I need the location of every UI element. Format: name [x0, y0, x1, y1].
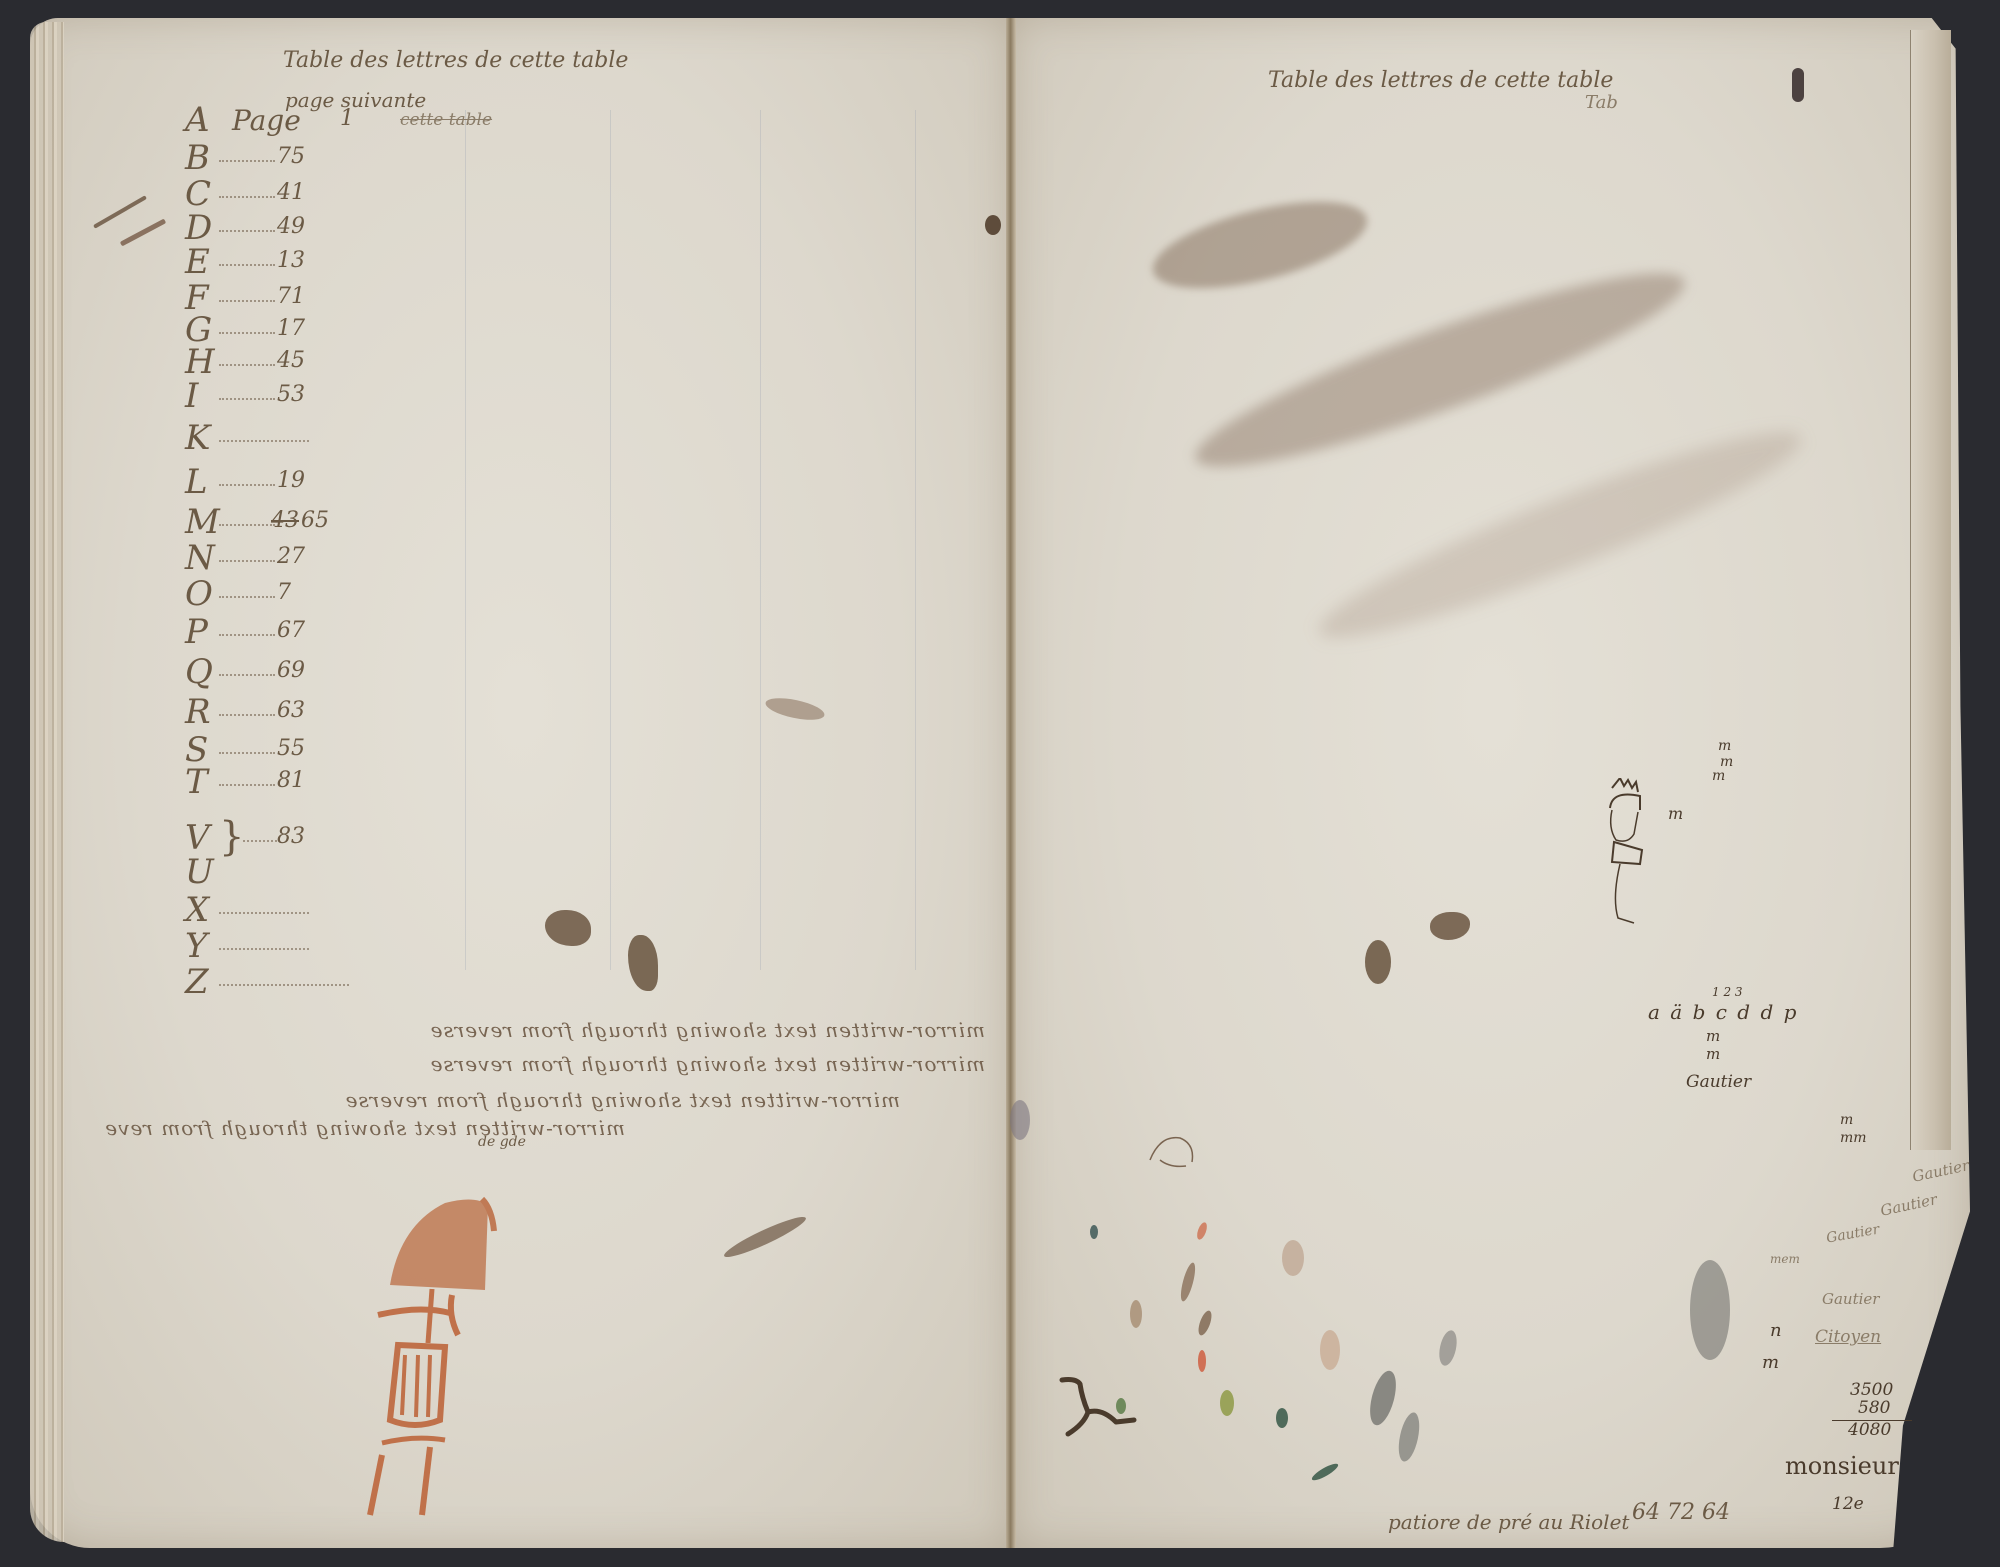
index-letter: P — [185, 612, 208, 652]
index-page-number: 17 — [277, 316, 305, 341]
bottom-line-text: patiore de pré au Riolet — [1388, 1510, 1629, 1534]
index-row-z: Z — [185, 962, 425, 1000]
index-row-u: U — [185, 852, 425, 890]
signature-gautier: Gautier — [1822, 1290, 1879, 1308]
index-page-number: 45 — [277, 348, 305, 373]
bottom-line-numbers: 64 72 64 — [1632, 1500, 1730, 1525]
leader-dots — [219, 984, 349, 986]
index-letter: E — [185, 242, 210, 282]
index-row-x: X — [185, 890, 425, 928]
index-row-m: M 43 65 — [185, 502, 425, 540]
leader-dots — [219, 364, 275, 366]
index-letter: I — [185, 376, 198, 416]
leader-dots — [219, 196, 275, 198]
ink-stain — [985, 215, 1001, 235]
binding-gutter — [1006, 18, 1016, 1548]
index-letter: T — [185, 762, 208, 802]
left-page — [30, 18, 1010, 1548]
red-chalk-figure-sketch-icon — [360, 1185, 520, 1545]
index-page-number: 67 — [277, 618, 305, 643]
index-letter: R — [185, 692, 211, 732]
ruled-line — [610, 110, 611, 970]
index-letter: Z — [185, 962, 209, 1002]
paint-dab-red — [1198, 1350, 1206, 1372]
index-page-number: 69 — [277, 658, 305, 683]
index-page-number: 65 — [301, 508, 329, 533]
scribble: n — [1770, 1320, 1782, 1341]
scribble: m — [1706, 1027, 1720, 1045]
citoyen-text: Citoyen — [1815, 1327, 1881, 1347]
leader-dots — [219, 160, 275, 162]
right-page-edge — [1910, 30, 1951, 1150]
index-page-number: 49 — [277, 214, 305, 239]
index-letter: Y — [185, 926, 207, 966]
index-row-y: Y — [185, 926, 425, 964]
scribble: m — [1712, 768, 1725, 784]
index-page-number: 19 — [277, 468, 305, 493]
paint-dab-olive — [1220, 1390, 1234, 1416]
leader-dots — [243, 840, 277, 842]
index-page-number: 7 — [277, 580, 291, 605]
paint-smudge-grey — [1690, 1260, 1730, 1360]
leader-dots — [219, 440, 309, 442]
index-letter: N — [185, 538, 215, 578]
ruled-line — [465, 110, 466, 970]
leader-dots — [219, 784, 275, 786]
index-row-r: R 63 — [185, 692, 425, 730]
index-letter: Q — [185, 652, 213, 692]
right-header-title: Table des lettres de cette table — [1268, 68, 1613, 93]
index-letter: O — [185, 574, 213, 614]
index-page-number: 55 — [277, 736, 305, 761]
right-page — [1012, 18, 1970, 1548]
paint-dab-green — [1276, 1408, 1288, 1428]
ruled-line — [915, 110, 916, 970]
bleed-through-line: mirror-written text showing through from… — [105, 1116, 625, 1140]
scribble: mm — [1840, 1130, 1867, 1146]
paint-dab-teal — [1090, 1225, 1098, 1239]
index-page-number: 63 — [277, 698, 305, 723]
leader-dots — [219, 948, 309, 950]
left-page-edge-stack — [30, 22, 64, 1542]
index-row-o: O 7 — [185, 574, 425, 612]
index-row-b: B 75 — [185, 138, 425, 176]
index-page-number: 1 — [340, 106, 354, 131]
index-letter: K — [185, 418, 210, 458]
index-page-number: 81 — [277, 768, 305, 793]
scribble: m — [1840, 1112, 1853, 1128]
bleed-through-line: mirror-written text showing through from… — [160, 1088, 900, 1112]
index-page-number: 75 — [277, 144, 305, 169]
ruled-line — [760, 110, 761, 970]
leader-dots — [219, 634, 275, 636]
alphabet-trial: a ä b c d d p — [1648, 1000, 1798, 1024]
index-row-t: T 81 — [185, 762, 425, 800]
bleed-through-line: mirror-written text showing through from… — [105, 1052, 985, 1076]
ink-blot — [1792, 68, 1804, 102]
index-page-number: 13 — [277, 248, 305, 273]
leader-dots — [219, 912, 309, 914]
left-header-title: Table des lettres de cette table — [283, 48, 628, 73]
leader-dots — [219, 300, 275, 302]
sum-addend-1: 3500 — [1850, 1380, 1893, 1400]
paint-dab-pink — [1282, 1240, 1304, 1276]
leader-dots — [219, 484, 275, 486]
leader-dots — [219, 230, 275, 232]
leader-dots — [219, 524, 275, 526]
leader-dots — [219, 560, 275, 562]
index-row-q: Q 69 — [185, 652, 425, 690]
index-letter: B — [185, 138, 210, 178]
index-row-d: D 49 — [185, 208, 425, 246]
gutter-stain — [1010, 1100, 1030, 1140]
index-page-number: 53 — [277, 382, 305, 407]
index-row-c: C 41 — [185, 174, 425, 212]
leader-dots — [219, 752, 275, 754]
ink-stain — [1365, 940, 1391, 984]
number-12e: 12e — [1832, 1494, 1864, 1514]
scribble-mem: mem — [1770, 1252, 1800, 1266]
bleed-through-line: mirror-written text showing through from… — [105, 1018, 985, 1042]
scribble: m — [1668, 804, 1683, 823]
small-note: de gde — [478, 1134, 526, 1150]
sum-addend-2: 580 — [1858, 1398, 1890, 1418]
index-row-a: A 1 — [185, 100, 425, 138]
index-row-v: V } 83 — [185, 818, 425, 856]
index-letter: A — [185, 100, 210, 140]
sum-total: 4080 — [1848, 1420, 1891, 1440]
index-page-number: 71 — [277, 284, 305, 309]
index-row-l: L 19 — [185, 462, 425, 500]
paint-dab-pink — [1320, 1330, 1340, 1370]
head-doodle-icon — [1140, 1130, 1200, 1180]
leader-dots — [219, 264, 275, 266]
index-row-e: E 13 — [185, 242, 425, 280]
leader-dots — [219, 674, 275, 676]
index-page-struck: 43 — [271, 508, 299, 533]
soldier-sketch-icon — [1600, 778, 1660, 928]
leader-dots — [219, 596, 275, 598]
index-page-number: 41 — [277, 180, 305, 205]
index-row-h: H 45 — [185, 342, 425, 380]
scribble: m — [1718, 738, 1731, 754]
index-row-n: N 27 — [185, 538, 425, 576]
scribble: m — [1762, 1352, 1779, 1373]
monsieur-text: monsieur — [1785, 1452, 1899, 1480]
leader-dots — [219, 398, 275, 400]
paint-dab-tan — [1130, 1300, 1142, 1328]
scribble: m — [1706, 1045, 1720, 1063]
index-letter: X — [185, 890, 209, 930]
alphabet-numbers: 1 2 3 — [1712, 985, 1743, 999]
index-page-number: 27 — [277, 544, 305, 569]
index-row-i: I 53 — [185, 376, 425, 414]
index-row-k: K — [185, 418, 425, 456]
index-letter: L — [185, 462, 208, 502]
signature-gautier: Gautier — [1686, 1072, 1751, 1092]
ink-branch-doodle-icon — [1058, 1374, 1138, 1444]
index-letter: U — [185, 852, 214, 892]
index-page-number: 83 — [277, 824, 305, 849]
leader-dots — [219, 332, 275, 334]
right-header-subtitle: Tab — [1585, 92, 1618, 113]
index-letter: M — [185, 502, 220, 542]
index-row-p: P 67 — [185, 612, 425, 650]
leader-dots — [219, 714, 275, 716]
